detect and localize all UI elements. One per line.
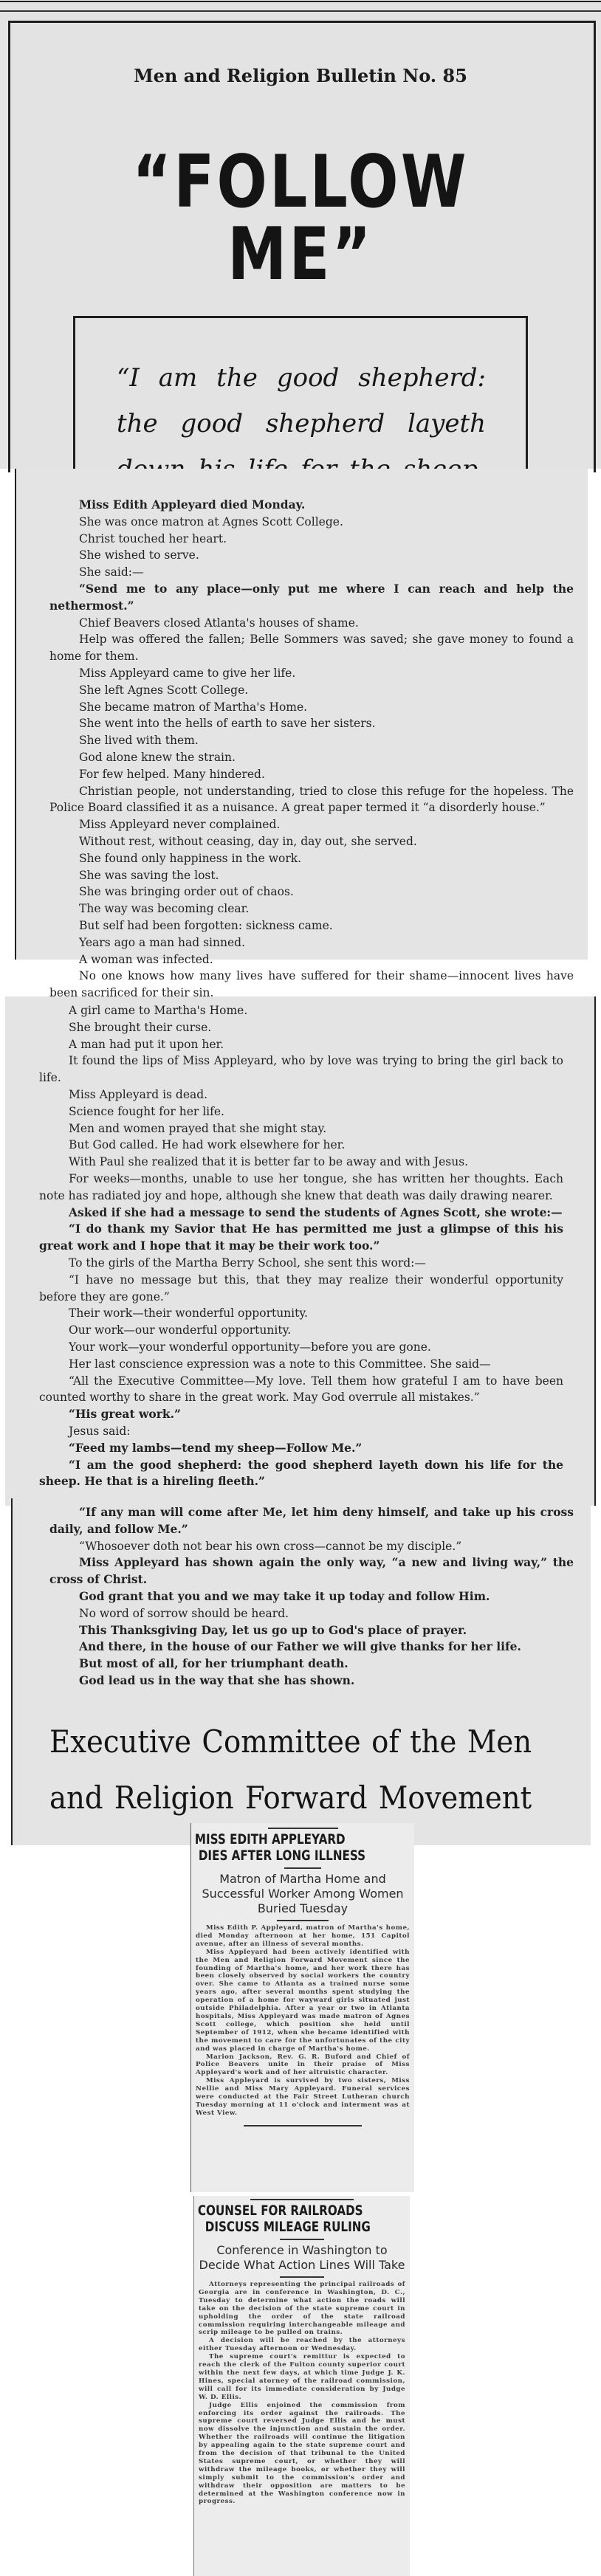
bulletin-paragraph: Her last conscience expression was a not… bbox=[39, 1356, 563, 1373]
bulletin-paragraph: “I do thank my Savior that He has permit… bbox=[39, 1221, 563, 1255]
clipping-body: Attorneys representing the principal rai… bbox=[194, 2281, 410, 2506]
bulletin-paragraph: She brought their curse. bbox=[39, 1019, 563, 1036]
bulletin-paragraph: Miss Edith Appleyard died Monday. bbox=[49, 497, 574, 514]
divider bbox=[280, 2239, 324, 2240]
bulletin-paragraph: She was bringing order out of chaos. bbox=[49, 884, 574, 900]
bulletin-paragraph: Help was offered the fallen; Belle Somme… bbox=[49, 631, 574, 665]
bulletin-paragraph: “I am the good shepherd: the good shephe… bbox=[39, 1457, 563, 1491]
bulletin-paragraph: Without rest, without ceasing, day in, d… bbox=[49, 833, 574, 850]
bulletin-paragraph: No word of sorrow should be heard. bbox=[49, 1605, 574, 1622]
bulletin-paragraph: She went into the hells of earth to save… bbox=[49, 715, 574, 732]
bulletin-paragraph: A girl came to Martha's Home. bbox=[39, 1002, 563, 1019]
bulletin-paragraph: It found the lips of Miss Appleyard, who… bbox=[39, 1053, 563, 1086]
bulletin-paragraph: To the girls of the Martha Berry School,… bbox=[39, 1255, 563, 1272]
clipping-paragraph: The supreme court's remittur is expected… bbox=[199, 2353, 405, 2401]
bulletin-paragraph: With Paul she realized that it is better… bbox=[39, 1154, 563, 1171]
bulletin-paragraph: Your work—your wonderful opportunity—bef… bbox=[39, 1339, 563, 1356]
bulletin-paragraph: Miss Appleyard has shown again the only … bbox=[49, 1554, 574, 1588]
bulletin-paragraph: Asked if she had a message to send the s… bbox=[39, 1205, 563, 1222]
bulletin-paragraph: But God called. He had work elsewhere fo… bbox=[39, 1137, 563, 1154]
bulletin-paragraph: Their work—their wonderful opportunity. bbox=[39, 1305, 563, 1322]
bulletin-paragraph: “All the Executive Committee—My love. Te… bbox=[39, 1373, 563, 1407]
bulletin-paragraph: Men and women prayed that she might stay… bbox=[39, 1120, 563, 1137]
bulletin-paragraph: Christ touched her heart. bbox=[49, 531, 574, 548]
news-clipping-obituary: MISS EDITH APPLEYARD DIES AFTER LONG ILL… bbox=[190, 1823, 414, 2192]
bulletin-paragraph: Science fought for her life. bbox=[39, 1103, 563, 1120]
clipping-paragraph: Miss Edith P. Appleyard, matron of Marth… bbox=[196, 1924, 410, 1949]
clipping-body: Miss Edith P. Appleyard, matron of Marth… bbox=[191, 1924, 414, 2118]
bulletin-paragraph: But self had been forgotten: sickness ca… bbox=[49, 917, 574, 934]
bulletin-paragraph: And there, in the house of our Father we… bbox=[49, 1639, 574, 1656]
clipping-headline-line: DIES AFTER LONG ILLNESS bbox=[191, 1848, 374, 1864]
bulletin-paragraph: Christian people, not understanding, tri… bbox=[49, 783, 574, 817]
bulletin-paragraph: She found only happiness in the work. bbox=[49, 850, 574, 867]
clipping-paragraph: Judge Ellis enjoined the commission from… bbox=[199, 2402, 405, 2507]
paragraph-list: A girl came to Martha's Home.She brought… bbox=[39, 1002, 563, 1490]
clipping-paragraph: Attorneys representing the principal rai… bbox=[199, 2281, 405, 2337]
bulletin-paragraph: Our work—our wonderful opportunity. bbox=[39, 1322, 563, 1339]
bulletin-paragraph: The way was becoming clear. bbox=[49, 900, 574, 917]
bulletin-paragraph: This Thanksgiving Day, let us go up to G… bbox=[49, 1622, 574, 1639]
divider bbox=[284, 1867, 321, 1869]
bulletin-paragraph: A woman was infected. bbox=[49, 951, 574, 968]
bulletin-paragraph: God grant that you and we may take it up… bbox=[49, 1588, 574, 1605]
divider bbox=[268, 1828, 338, 1829]
bulletin-paragraph: “Send me to any place—only put me where … bbox=[49, 581, 574, 615]
clipping-subhead: Matron of Martha Home and Successful Wor… bbox=[191, 1872, 414, 1916]
clipping-headline-line: COUNSEL FOR RAILROADS bbox=[194, 2203, 371, 2219]
divider bbox=[280, 2276, 324, 2278]
top-rule bbox=[0, 1, 601, 2]
bulletin-paragraph: A man had put it upon her. bbox=[39, 1036, 563, 1053]
clipping-paragraph: Marion Jackson, Rev. G. R. Buford and Ch… bbox=[196, 2053, 410, 2078]
bulletin-body-part-2: A girl came to Martha's Home.She brought… bbox=[5, 996, 596, 1506]
clipping-subhead: Conference in Washington to Decide What … bbox=[194, 2243, 410, 2273]
bulletin-paragraph: For few helped. Many hindered. bbox=[49, 766, 574, 783]
paragraph-list: “If any man will come after Me, let him … bbox=[49, 1504, 574, 1690]
bulletin-paragraph: “I have no message but this, that they m… bbox=[39, 1272, 563, 1306]
bulletin-paragraph: God alone knew the strain. bbox=[49, 749, 574, 766]
bulletin-paragraph: Chief Beavers closed Atlanta's houses of… bbox=[49, 615, 574, 632]
clipping-headline-line: MISS EDITH APPLEYARD bbox=[191, 1832, 374, 1848]
bulletin-paragraph: Miss Appleyard came to give her life. bbox=[49, 665, 574, 682]
paragraph-list: Miss Edith Appleyard died Monday.She was… bbox=[49, 497, 574, 1002]
bulletin-paragraph: “His great work.” bbox=[39, 1406, 563, 1423]
bulletin-paragraph: God lead us in the way that she has show… bbox=[49, 1673, 574, 1690]
committee-signature: Executive Committee of the Men and Relig… bbox=[49, 1714, 532, 1826]
bulletin-paragraph: For weeks—months, unable to use her tong… bbox=[39, 1171, 563, 1205]
divider bbox=[277, 1920, 329, 1921]
news-clipping-railroads: COUNSEL FOR RAILROADS DISCUSS MILEAGE RU… bbox=[193, 2196, 410, 2576]
bulletin-paragraph: She became matron of Martha's Home. bbox=[49, 699, 574, 716]
bulletin-paragraph: Miss Appleyard never complained. bbox=[49, 816, 574, 833]
clipping-paragraph: A decision will be reached by the attorn… bbox=[199, 2337, 405, 2353]
bulletin-paragraph: She left Agnes Scott College. bbox=[49, 682, 574, 699]
bulletin-paragraph: “Whosoever doth not bear his own cross—c… bbox=[49, 1538, 574, 1555]
clipping-paragraph: Miss Appleyard is survived by two sister… bbox=[196, 2077, 410, 2118]
bulletin-paragraph: She lived with them. bbox=[49, 732, 574, 749]
bulletin-body-part-3: “If any man will come after Me, let him … bbox=[11, 1498, 591, 1845]
top-rule-secondary bbox=[0, 10, 601, 12]
bulletin-title: Men and Religion Bulletin No. 85 bbox=[0, 65, 601, 86]
bulletin-paragraph: Years ago a man had sinned. bbox=[49, 934, 574, 951]
bulletin-paragraph: “If any man will come after Me, let him … bbox=[49, 1504, 574, 1538]
bulletin-paragraph: But most of all, for her triumphant deat… bbox=[49, 1656, 574, 1673]
bulletin-paragraph: She wished to serve. bbox=[49, 547, 574, 564]
bulletin-paragraph: Miss Appleyard is dead. bbox=[39, 1086, 563, 1103]
bulletin-paragraph: She said:— bbox=[49, 564, 574, 581]
bulletin-paragraph: “Feed my lambs—tend my sheep—Follow Me.” bbox=[39, 1440, 563, 1457]
bulletin-paragraph: Jesus said: bbox=[39, 1423, 563, 1440]
bulletin-paragraph: She was saving the lost. bbox=[49, 867, 574, 884]
bulletin-paragraph: She was once matron at Agnes Scott Colle… bbox=[49, 514, 574, 531]
main-headline: “FOLLOW ME” bbox=[54, 146, 546, 291]
divider bbox=[244, 2125, 362, 2126]
clipping-paragraph: Miss Appleyard had been actively identif… bbox=[196, 1949, 410, 2053]
bulletin-body-part-1: Miss Edith Appleyard died Monday.She was… bbox=[15, 469, 588, 960]
clipping-headline-line: DISCUSS MILEAGE RULING bbox=[194, 2219, 371, 2236]
divider bbox=[250, 2199, 354, 2200]
